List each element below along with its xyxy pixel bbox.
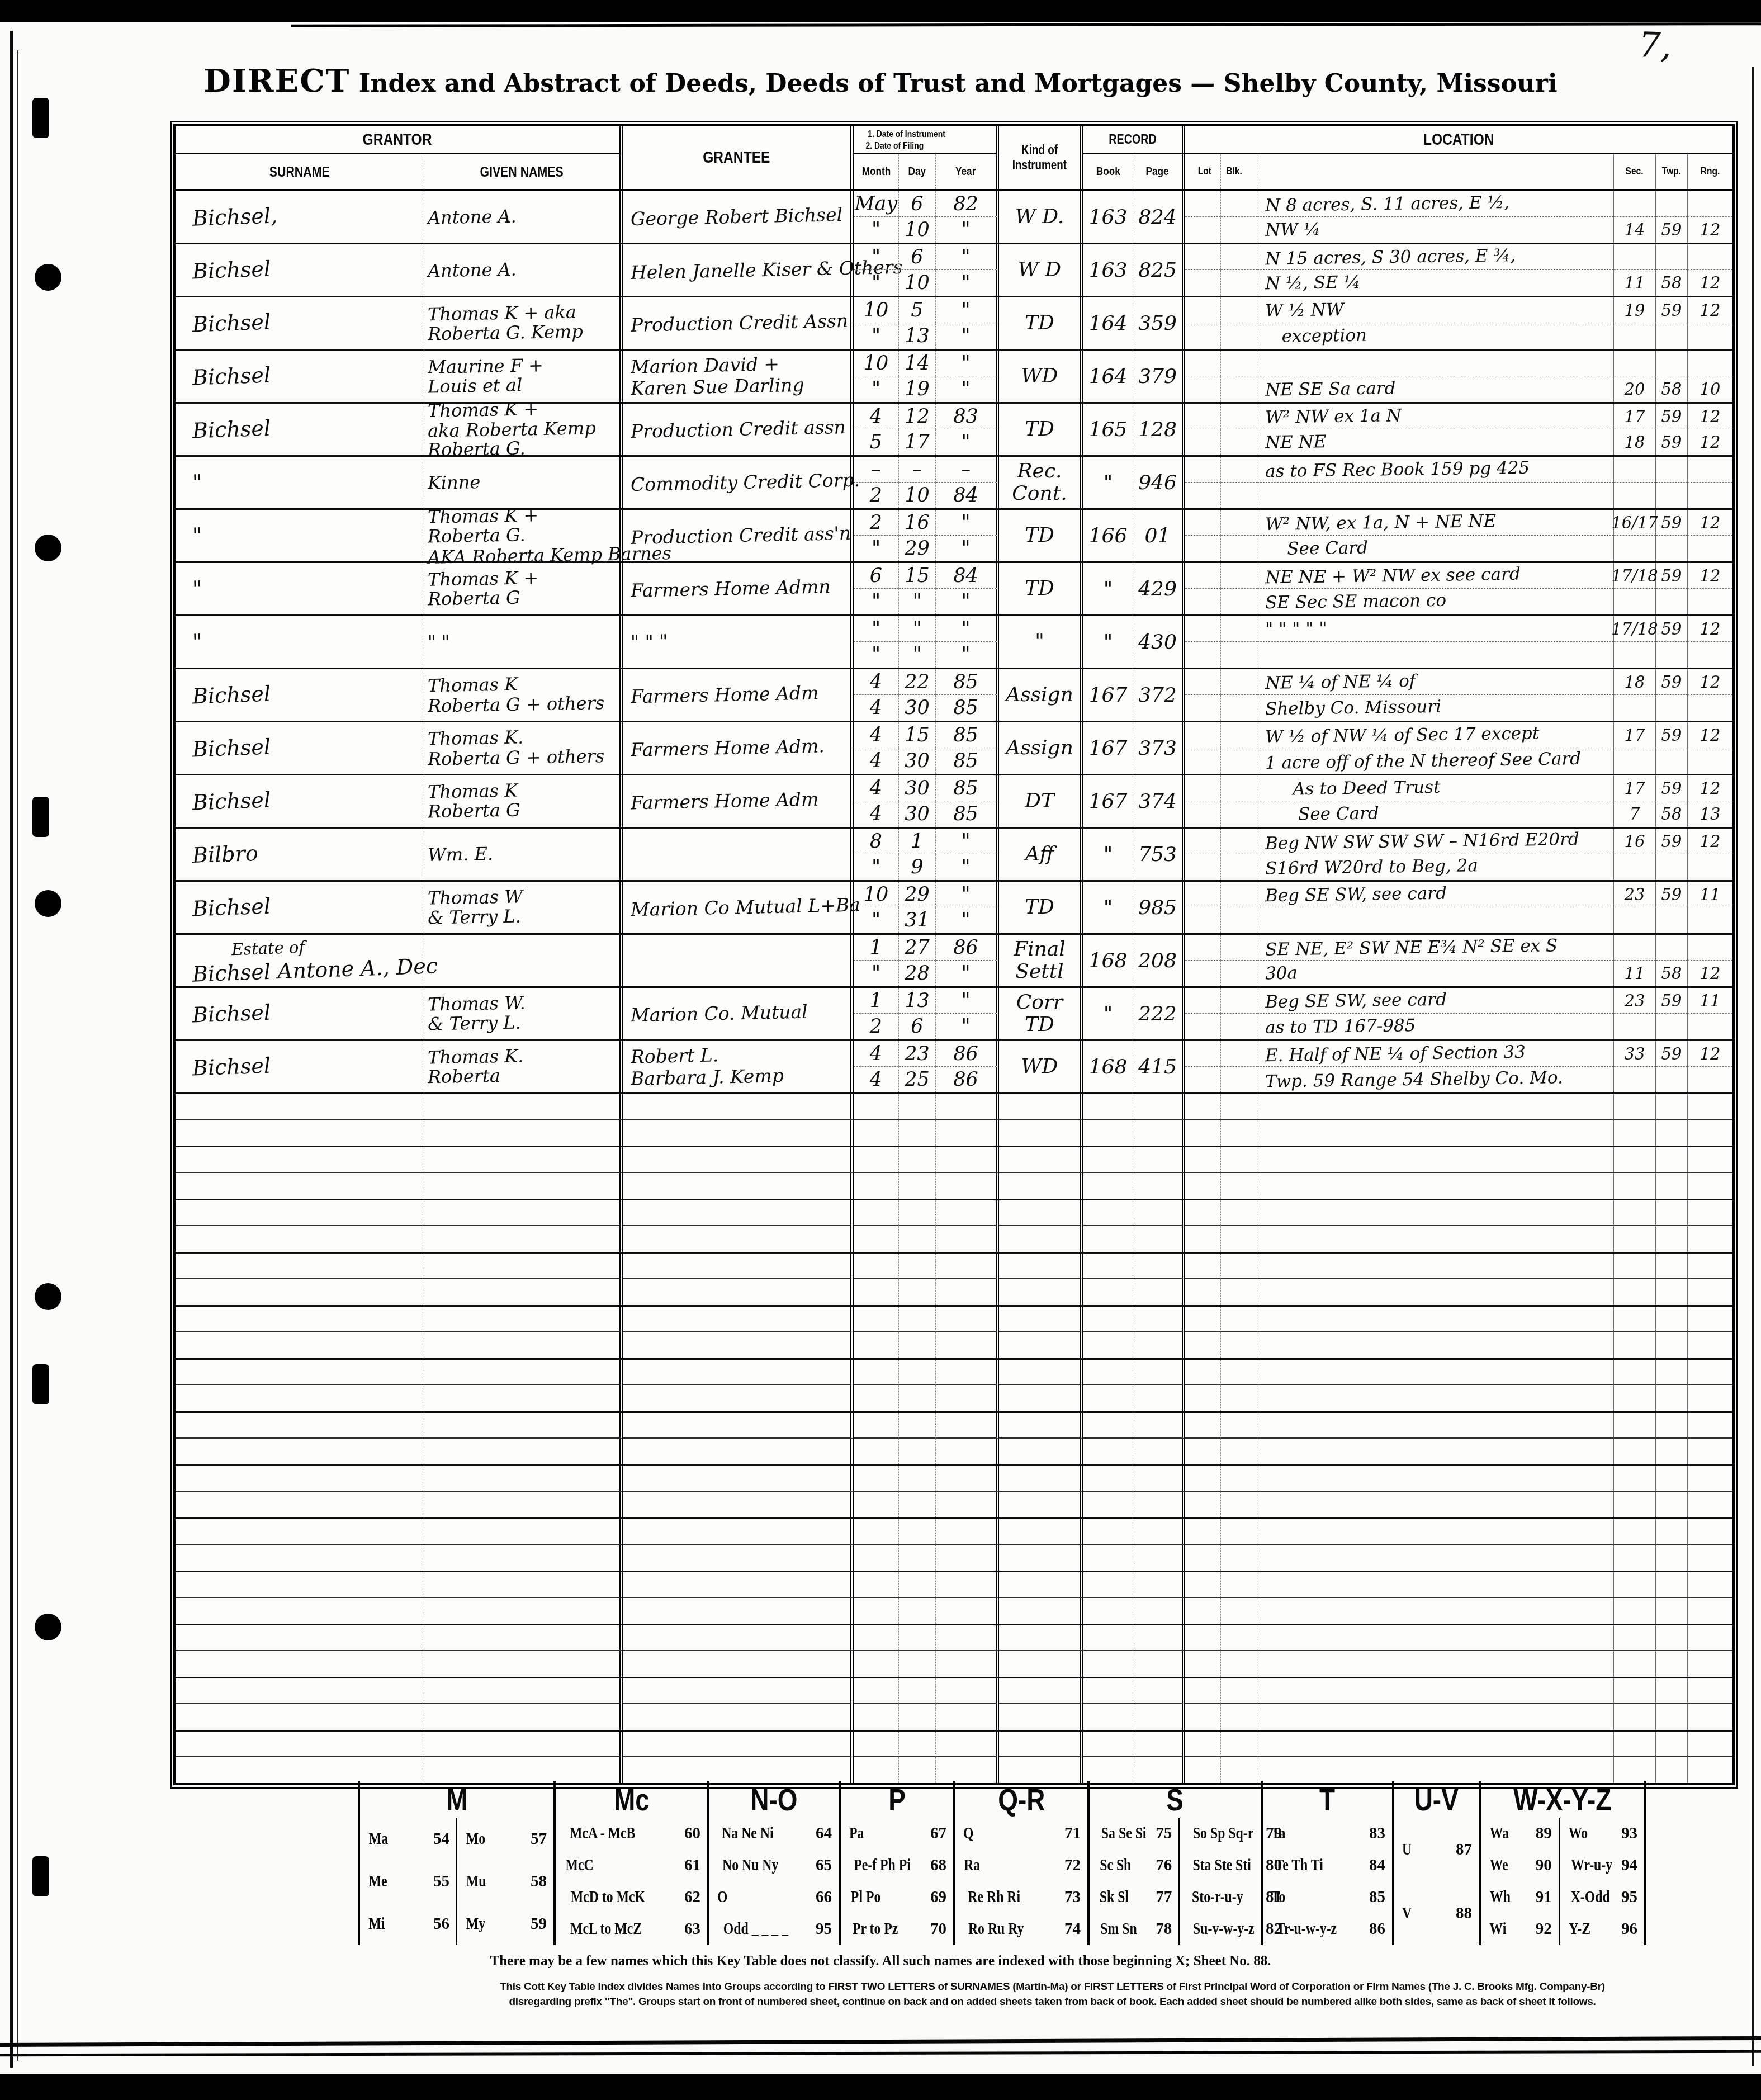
surname-cell: " xyxy=(176,510,424,561)
given-names-cell: Maurine F +Louis et al xyxy=(424,351,623,402)
month-cell: May xyxy=(854,191,899,217)
blk-cell xyxy=(1221,323,1257,349)
fine-print: This Cott Key Table Index divides Names … xyxy=(341,1979,1761,2009)
rng-cell: 12 xyxy=(1688,510,1732,536)
header-year: Year xyxy=(936,154,999,189)
key-group-title: Mc xyxy=(556,1781,707,1818)
empty-cell xyxy=(936,1492,999,1517)
empty-cell xyxy=(1656,1519,1688,1545)
empty-cell xyxy=(623,1598,854,1624)
sec-cell: 19 xyxy=(1614,297,1656,323)
empty-cell xyxy=(424,1307,623,1332)
empty-cell xyxy=(424,1466,623,1492)
empty-cell xyxy=(1257,1413,1614,1439)
day-cell: " xyxy=(899,589,936,614)
empty-cell xyxy=(1133,1279,1185,1305)
sec-cell: 18 xyxy=(1614,429,1656,455)
key-entry: Pa67 xyxy=(841,1824,953,1843)
empty-cell xyxy=(936,1200,999,1226)
blk-cell xyxy=(1221,748,1257,774)
empty-cell xyxy=(936,1466,999,1492)
empty-cell xyxy=(1185,1492,1221,1517)
key-group-column: Ta83Te Th Ti84To85Tr-u-w-y-z86 xyxy=(1263,1818,1392,1945)
empty-cell xyxy=(623,1254,854,1279)
year-cell: 86 xyxy=(936,1067,999,1092)
location-desc-cell: W ½ of NW ¼ of Sec 17 except xyxy=(1257,722,1614,748)
empty-cell xyxy=(1185,1385,1221,1411)
empty-cell xyxy=(1656,1492,1688,1517)
empty-cell xyxy=(623,1625,854,1651)
empty-cell xyxy=(1185,1572,1221,1598)
empty-cell xyxy=(1257,1332,1614,1358)
grantee-cell: Marion Co. Mutual xyxy=(623,988,854,1039)
surname-cell: Bichsel xyxy=(176,351,424,402)
lot-cell xyxy=(1185,483,1221,508)
empty-cell xyxy=(1221,1385,1257,1411)
empty-cell xyxy=(623,1519,854,1545)
location-desc-cell: NE NE + W² NW ex see card xyxy=(1257,563,1614,589)
empty-cell xyxy=(176,1279,424,1305)
twp-cell: 58 xyxy=(1656,376,1688,402)
empty-cell xyxy=(623,1704,854,1730)
empty-ruled-row xyxy=(176,1094,1732,1147)
empty-cell xyxy=(424,1757,623,1783)
twp-cell xyxy=(1656,1067,1688,1092)
empty-cell xyxy=(1656,1254,1688,1279)
month-cell: 4 xyxy=(854,695,899,721)
header-kind-of-instrument: Kind ofInstrument xyxy=(999,126,1083,189)
empty-cell xyxy=(999,1332,1083,1358)
empty-cell xyxy=(1614,1226,1656,1252)
key-group-title: U-V xyxy=(1394,1781,1479,1818)
key-entry: Ma54 xyxy=(360,1830,456,1848)
blk-cell xyxy=(1221,351,1257,376)
rng-cell: 12 xyxy=(1688,404,1732,429)
day-cell: " xyxy=(899,616,936,642)
empty-cell xyxy=(899,1200,936,1226)
empty-cell xyxy=(623,1307,854,1332)
empty-cell xyxy=(424,1732,623,1757)
surname-cell: Bichsel, xyxy=(176,191,424,243)
sec-cell: 23 xyxy=(1614,988,1656,1014)
blk-cell xyxy=(1221,376,1257,402)
key-group-column: Wa89We90Wh91Wi92 xyxy=(1481,1818,1559,1945)
blk-cell xyxy=(1221,669,1257,695)
header-date-notes: 1. Date of Instrument2. Date of Filing xyxy=(854,126,999,154)
grantee-cell: Farmers Home Admn xyxy=(623,563,854,614)
surname-cell: Bichsel xyxy=(176,404,424,455)
location-desc-cell xyxy=(1257,907,1614,933)
twp-cell xyxy=(1656,589,1688,614)
blk-cell xyxy=(1221,297,1257,323)
year-cell: " xyxy=(936,536,999,561)
day-cell: 30 xyxy=(899,801,936,827)
empty-cell xyxy=(1133,1385,1185,1411)
key-group-title: W-X-Y-Z xyxy=(1481,1781,1644,1818)
blk-cell xyxy=(1221,1041,1257,1067)
grantee-cell: George Robert Bichsel xyxy=(623,191,854,243)
empty-cell xyxy=(999,1094,1083,1120)
empty-cell xyxy=(176,1439,424,1464)
empty-cell xyxy=(1133,1492,1185,1517)
empty-cell xyxy=(899,1572,936,1598)
month-cell: 2 xyxy=(854,510,899,536)
kind-of-instrument-cell: WD xyxy=(999,1041,1083,1092)
empty-cell xyxy=(176,1678,424,1704)
empty-cell xyxy=(999,1226,1083,1252)
year-cell: " xyxy=(936,270,999,296)
empty-cell xyxy=(1185,1678,1221,1704)
month-cell: 4 xyxy=(854,1041,899,1067)
rng-cell: 10 xyxy=(1688,376,1732,402)
empty-cell xyxy=(1133,1466,1185,1492)
location-desc-cell: NE ¼ of NE ¼ of xyxy=(1257,669,1614,695)
empty-cell xyxy=(176,1200,424,1226)
empty-cell xyxy=(936,1598,999,1624)
kind-of-instrument-cell: TD xyxy=(999,563,1083,614)
sec-cell xyxy=(1614,907,1656,933)
page-cell: 208 xyxy=(1133,935,1185,986)
header-month: Month xyxy=(854,154,899,189)
location-desc-cell: S16rd W20rd to Beg, 2a xyxy=(1257,854,1614,880)
empty-cell xyxy=(1257,1254,1614,1279)
day-cell: 16 xyxy=(899,510,936,536)
empty-cell xyxy=(1133,1254,1185,1279)
header-given-names: GIVEN NAMES xyxy=(424,154,623,189)
blk-cell xyxy=(1221,404,1257,429)
key-entry: Q71 xyxy=(955,1824,1087,1843)
empty-cell xyxy=(936,1757,999,1783)
empty-cell xyxy=(1656,1279,1688,1305)
given-names-cell: Thomas K.Roberta G + others xyxy=(424,722,623,774)
grantee-cell: Helen Janelle Kiser & Others xyxy=(623,244,854,296)
twp-cell: 59 xyxy=(1656,616,1688,642)
empty-cell xyxy=(854,1704,899,1730)
deed-record-row: BichselMaurine F +Louis et alMarion Davi… xyxy=(176,351,1732,404)
year-cell: 86 xyxy=(936,935,999,961)
empty-cell xyxy=(1257,1545,1614,1571)
empty-cell xyxy=(854,1598,899,1624)
blk-cell xyxy=(1221,988,1257,1014)
empty-cell xyxy=(424,1200,623,1226)
empty-cell xyxy=(176,1094,424,1120)
empty-cell xyxy=(999,1651,1083,1677)
empty-cell xyxy=(424,1545,623,1571)
empty-cell xyxy=(1614,1678,1656,1704)
empty-cell xyxy=(1133,1307,1185,1332)
empty-cell xyxy=(1257,1147,1614,1173)
empty-cell xyxy=(1083,1704,1133,1730)
empty-cell xyxy=(1656,1439,1688,1464)
day-cell: – xyxy=(899,457,936,483)
page-cell: 359 xyxy=(1133,297,1185,349)
deed-record-row: Bichsel,Antone A.George Robert BichselMa… xyxy=(176,191,1732,244)
empty-cell xyxy=(936,1625,999,1651)
rng-cell xyxy=(1688,1014,1732,1039)
given-names-cell: Thomas K +Roberta G xyxy=(424,563,623,614)
year-cell: " xyxy=(936,988,999,1014)
year-cell: 85 xyxy=(936,669,999,695)
empty-cell xyxy=(1083,1173,1133,1199)
empty-cell xyxy=(1656,1360,1688,1385)
month-cell: " xyxy=(854,642,899,668)
blk-cell xyxy=(1221,536,1257,561)
year-cell: 85 xyxy=(936,722,999,748)
empty-cell xyxy=(1614,1307,1656,1332)
lot-cell xyxy=(1185,775,1221,801)
location-desc-cell xyxy=(1257,483,1614,508)
header-twp: Twp. xyxy=(1656,154,1688,189)
empty-cell xyxy=(1688,1332,1732,1358)
empty-cell xyxy=(1221,1651,1257,1677)
hole-punch-mark xyxy=(32,1856,49,1896)
empty-cell xyxy=(1133,1413,1185,1439)
empty-cell xyxy=(999,1385,1083,1411)
month-cell: " xyxy=(854,536,899,561)
header-grantee: GRANTEE xyxy=(623,126,854,189)
empty-cell xyxy=(1133,1732,1185,1757)
location-desc-cell: N ½, SE ¼ xyxy=(1257,270,1614,296)
key-entry: McA - McB60 xyxy=(556,1824,707,1843)
empty-cell xyxy=(176,1625,424,1651)
blk-cell xyxy=(1221,616,1257,642)
given-names-cell: Thomas KRoberta G + others xyxy=(424,669,623,721)
empty-cell xyxy=(1688,1226,1732,1252)
empty-cell xyxy=(1614,1572,1656,1598)
empty-cell xyxy=(1185,1279,1221,1305)
twp-cell xyxy=(1656,1014,1688,1039)
kind-of-instrument-cell: Aff xyxy=(999,829,1083,880)
book-cell: 167 xyxy=(1083,722,1133,774)
twp-cell: 58 xyxy=(1656,270,1688,296)
empty-cell xyxy=(1221,1173,1257,1199)
empty-cell xyxy=(936,1173,999,1199)
key-group-q-r: Q-RQ71Ra72Re Rh Ri73Ro Ru Ry74 xyxy=(953,1781,1087,1945)
month-cell: " xyxy=(854,376,899,402)
empty-cell xyxy=(899,1678,936,1704)
empty-cell xyxy=(936,1572,999,1598)
empty-cell xyxy=(1185,1466,1221,1492)
page-cell: 222 xyxy=(1133,988,1185,1039)
blk-cell xyxy=(1221,935,1257,961)
empty-cell xyxy=(1688,1625,1732,1651)
sec-cell: 14 xyxy=(1614,217,1656,243)
month-cell: " xyxy=(854,616,899,642)
empty-ruled-row xyxy=(176,1307,1732,1360)
key-entry: Sc Sh76 xyxy=(1090,1856,1178,1875)
month-cell: " xyxy=(854,323,899,349)
hole-punch-mark xyxy=(32,1364,49,1404)
month-cell: " xyxy=(854,217,899,243)
empty-cell xyxy=(936,1678,999,1704)
empty-cell xyxy=(1185,1173,1221,1199)
key-entry: Y-Z96 xyxy=(1560,1920,1644,1938)
twp-cell xyxy=(1656,457,1688,483)
rng-cell: 12 xyxy=(1688,775,1732,801)
twp-cell xyxy=(1656,244,1688,270)
sec-cell xyxy=(1614,1067,1656,1092)
empty-cell xyxy=(899,1704,936,1730)
empty-cell xyxy=(936,1279,999,1305)
month-cell: " xyxy=(854,589,899,614)
page-cell: 374 xyxy=(1133,775,1185,827)
empty-cell xyxy=(1257,1094,1614,1120)
month-cell: 4 xyxy=(854,1067,899,1092)
empty-cell xyxy=(999,1625,1083,1651)
lot-cell xyxy=(1185,1041,1221,1067)
empty-cell xyxy=(1614,1732,1656,1757)
empty-cell xyxy=(1614,1651,1656,1677)
empty-cell xyxy=(1185,1732,1221,1757)
location-desc-cell: W² NW, ex 1a, N + NE NE xyxy=(1257,510,1614,536)
empty-cell xyxy=(176,1519,424,1545)
key-group-title: M xyxy=(360,1781,553,1818)
empty-cell xyxy=(1257,1678,1614,1704)
grantee-cell: Marion David +Karen Sue Darling xyxy=(623,351,854,402)
empty-cell xyxy=(1614,1279,1656,1305)
empty-cell xyxy=(1688,1704,1732,1730)
book-cell: 164 xyxy=(1083,351,1133,402)
empty-cell xyxy=(176,1492,424,1517)
month-cell: 8 xyxy=(854,829,899,854)
bottom-rule-line xyxy=(0,2050,1761,2057)
surname-cell: Estate ofBichsel Antone A., Dec xyxy=(176,935,424,986)
empty-cell xyxy=(1185,1094,1221,1120)
blk-cell xyxy=(1221,642,1257,668)
empty-cell xyxy=(424,1651,623,1677)
key-entry: Wh91 xyxy=(1481,1888,1559,1907)
empty-cell xyxy=(424,1439,623,1464)
key-group-s: SSa Se Si75Sc Sh76Sk Sl77Sm Sn78So Sp Sq… xyxy=(1087,1781,1261,1945)
empty-cell xyxy=(854,1572,899,1598)
empty-cell xyxy=(623,1651,854,1677)
twp-cell: 59 xyxy=(1656,1041,1688,1067)
sec-cell xyxy=(1614,589,1656,614)
surname-cell: Bichsel xyxy=(176,775,424,827)
day-cell: 6 xyxy=(899,191,936,217)
year-cell: " xyxy=(936,854,999,880)
scan-edge-top-line xyxy=(291,22,1761,27)
empty-cell xyxy=(1133,1226,1185,1252)
day-cell: 17 xyxy=(899,429,936,455)
empty-cell xyxy=(176,1757,424,1783)
deed-record-row: BichselThomas K.RobertaRobert L.Barbara … xyxy=(176,1041,1732,1094)
header-record: RECORD xyxy=(1083,126,1185,154)
empty-cell xyxy=(1257,1279,1614,1305)
surname-cell: Bichsel xyxy=(176,882,424,933)
empty-cell xyxy=(1221,1200,1257,1226)
empty-cell xyxy=(424,1519,623,1545)
lot-cell xyxy=(1185,404,1221,429)
empty-cell xyxy=(899,1492,936,1517)
day-cell: 5 xyxy=(899,297,936,323)
empty-cell xyxy=(176,1226,424,1252)
surname-prefix: Estate of xyxy=(231,938,305,959)
empty-cell xyxy=(1185,1360,1221,1385)
month-cell: 5 xyxy=(854,429,899,455)
sec-cell xyxy=(1614,642,1656,668)
rng-cell: 12 xyxy=(1688,563,1732,589)
book-cell: 167 xyxy=(1083,775,1133,827)
empty-cell xyxy=(1221,1226,1257,1252)
deed-record-row: BichselThomas W.& Terry L.Marion Co. Mut… xyxy=(176,988,1732,1041)
rng-cell xyxy=(1688,483,1732,508)
sec-cell xyxy=(1614,323,1656,349)
key-group-n-o: N-ONa Ne Ni64No Nu Ny65O66Odd _ _ _ _95 xyxy=(707,1781,839,1945)
location-desc-cell: 30a xyxy=(1257,961,1614,986)
empty-cell xyxy=(1688,1254,1732,1279)
empty-cell xyxy=(623,1226,854,1252)
empty-cell xyxy=(1688,1439,1732,1464)
empty-cell xyxy=(899,1413,936,1439)
empty-cell xyxy=(854,1678,899,1704)
key-entry: V88 xyxy=(1394,1904,1479,1923)
fine-print-line-2: disregarding prefix "The". Groups start … xyxy=(341,1994,1761,2009)
empty-cell xyxy=(999,1492,1083,1517)
location-desc-cell: exception xyxy=(1257,323,1614,349)
deed-record-row: "Thomas K +Roberta GFarmers Home Admn615… xyxy=(176,563,1732,616)
location-desc-cell xyxy=(1257,351,1614,376)
lot-cell xyxy=(1185,244,1221,270)
empty-cell xyxy=(1221,1704,1257,1730)
location-desc-cell: As to Deed Trust xyxy=(1257,775,1614,801)
empty-cell xyxy=(424,1279,623,1305)
page-cell: 379 xyxy=(1133,351,1185,402)
empty-cell xyxy=(1133,1519,1185,1545)
empty-cell xyxy=(899,1094,936,1120)
month-cell: " xyxy=(854,907,899,933)
location-desc-cell: Beg SE SW, see card xyxy=(1257,882,1614,907)
empty-cell xyxy=(623,1466,854,1492)
day-cell: 28 xyxy=(899,961,936,986)
location-desc-cell: 1 acre off of the N thereof See Card xyxy=(1257,748,1614,774)
year-cell: " xyxy=(936,1014,999,1039)
twp-cell: 59 xyxy=(1656,988,1688,1014)
empty-cell xyxy=(899,1545,936,1571)
rng-cell: 12 xyxy=(1688,1041,1732,1067)
blk-cell xyxy=(1221,801,1257,827)
twp-cell xyxy=(1656,748,1688,774)
empty-cell xyxy=(999,1200,1083,1226)
scan-edge-left xyxy=(10,31,13,2068)
sec-cell xyxy=(1614,483,1656,508)
empty-cell xyxy=(1656,1732,1688,1757)
empty-cell xyxy=(854,1413,899,1439)
lot-cell xyxy=(1185,270,1221,296)
rng-cell xyxy=(1688,642,1732,668)
location-desc-cell: W² NW ex 1a N xyxy=(1257,404,1614,429)
empty-cell xyxy=(1614,1200,1656,1226)
empty-cell xyxy=(899,1147,936,1173)
empty-cell xyxy=(1083,1332,1133,1358)
empty-cell xyxy=(1083,1519,1133,1545)
empty-cell xyxy=(1656,1413,1688,1439)
month-cell: 4 xyxy=(854,722,899,748)
surname-cell: Bichsel xyxy=(176,297,424,349)
page-cell: 985 xyxy=(1133,882,1185,933)
empty-cell xyxy=(1185,1307,1221,1332)
handwritten-page-number: 7, xyxy=(1638,24,1673,66)
empty-cell xyxy=(854,1492,899,1517)
key-entry: Tr-u-w-y-z86 xyxy=(1263,1920,1392,1938)
empty-cell xyxy=(1133,1120,1185,1146)
empty-cell xyxy=(1221,1519,1257,1545)
empty-cell xyxy=(999,1545,1083,1571)
empty-cell xyxy=(999,1413,1083,1439)
empty-cell xyxy=(1133,1651,1185,1677)
day-cell: 12 xyxy=(899,404,936,429)
empty-cell xyxy=(1614,1545,1656,1571)
